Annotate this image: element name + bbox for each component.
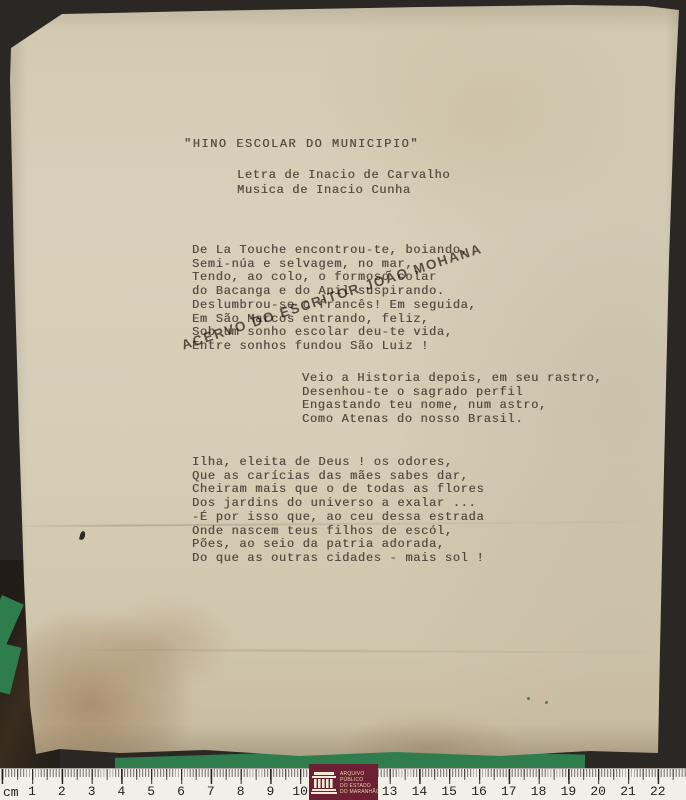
ink-blot-mark: [79, 531, 86, 541]
ruler-number: 10: [292, 784, 308, 799]
poem-line: Desenhou-te o sagrado perfil: [302, 386, 602, 400]
poem-line: Dos jardins do universo a exalar ...: [192, 497, 484, 511]
paper-sheet: "HINO ESCOLAR DO MUNICIPIO" Letra de Ina…: [0, 0, 686, 762]
poem-line: Como Atenas do nosso Brasil.: [302, 413, 602, 427]
byline-letra: Letra de Inacio de Carvalho: [237, 168, 450, 182]
ruler-number: 14: [412, 784, 428, 799]
ruler-number: 8: [237, 784, 245, 799]
poem-line: Tendo, ao colo, o formoso colar: [192, 271, 476, 285]
poem-line: Engastando teu nome, num astro,: [302, 399, 602, 413]
byline: Letra de Inacio de Carvalho Musica de In…: [237, 168, 450, 197]
ruler-number: 16: [471, 784, 487, 799]
green-speck: [527, 697, 530, 700]
ruler-number: 15: [441, 784, 457, 799]
ruler-number: 21: [620, 784, 636, 799]
poem-line: Do que as outras cidades - mais sol !: [192, 552, 484, 566]
poem-line: -É por isso que, ao ceu dessa estrada: [192, 511, 484, 525]
poem-line: Ilha, eleita de Deus ! os odores,: [192, 456, 484, 470]
ruler-number: 3: [88, 784, 96, 799]
ruler-number: 4: [117, 784, 125, 799]
archive-logo: ARQUIVOPÚBLICODO ESTADODO MARANHÃO: [309, 764, 378, 800]
logo-text-line: DO MARANHÃO: [340, 789, 380, 795]
ruler-number: 5: [147, 784, 155, 799]
poem-line: Cheiram mais que o de todas as flores: [192, 483, 484, 497]
ruler-number: 7: [207, 784, 215, 799]
ruler-number: 20: [590, 784, 606, 799]
poem-line: Entre sonhos fundou São Luiz !: [192, 340, 476, 354]
document-title: "HINO ESCOLAR DO MUNICIPIO": [184, 138, 419, 152]
ruler-number: 17: [501, 784, 517, 799]
ruler-number: 6: [177, 784, 185, 799]
poem-line: Pões, ao seio da patria adorada,: [192, 538, 484, 552]
ruler-number: 13: [382, 784, 398, 799]
crease-line: [0, 648, 686, 654]
ruler-number: 2: [58, 784, 66, 799]
archive-logo-text: ARQUIVOPÚBLICODO ESTADODO MARANHÃO: [340, 771, 380, 795]
ruler-number: 1: [28, 784, 36, 799]
ruler-number: 22: [650, 784, 666, 799]
poem-line: Veio a Historia depois, em seu rastro,: [302, 372, 602, 386]
scan-background: "HINO ESCOLAR DO MUNICIPIO" Letra de Ina…: [0, 0, 686, 800]
ruler: cm 1234567891013141516171819202122 ARQUI…: [0, 768, 686, 800]
stanza: Ilha, eleita de Deus ! os odores,Que as …: [192, 456, 484, 566]
ruler-number: 18: [531, 784, 547, 799]
ruler-unit-label: cm: [3, 785, 19, 800]
ruler-number: 9: [266, 784, 274, 799]
stanza: Veio a Historia depois, em seu rastro,De…: [302, 372, 602, 427]
poem-line: Que as carícias das mães sabes dar,: [192, 470, 484, 484]
ruler-number: 19: [561, 784, 577, 799]
building-icon: [311, 771, 337, 795]
green-speck: [545, 701, 548, 704]
byline-musica: Musica de Inacio Cunha: [237, 183, 411, 197]
poem-line: Onde nascem teus filhos de escól,: [192, 525, 484, 539]
